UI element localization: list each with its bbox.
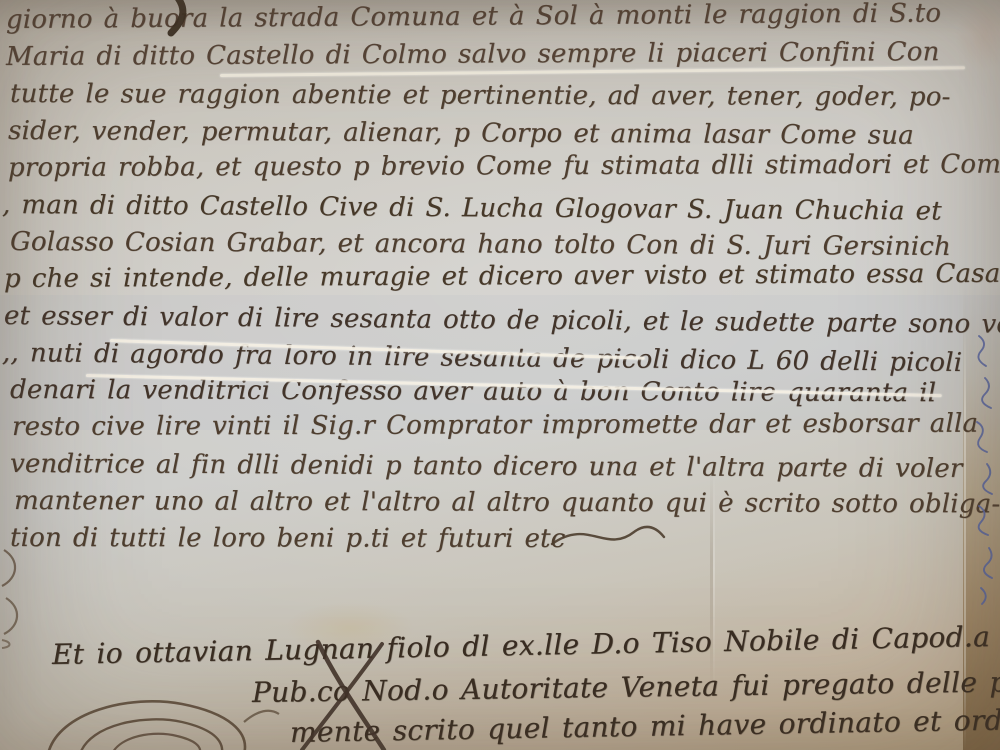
- ink-stroke-icon: [160, 0, 204, 36]
- manuscript-line: tion di tutti le loro beni p.ti et futur…: [10, 520, 1000, 559]
- manuscript-photo: giorno à buora la strada Comuna et à Sol…: [0, 0, 1000, 750]
- manuscript-line: resto cive lire vinti il Sig.r Comprator…: [12, 406, 1000, 446]
- margin-flourish-icon: [0, 548, 28, 648]
- flourish-swash-icon: [548, 514, 670, 562]
- blue-margin-script-icon: [965, 330, 1000, 620]
- manuscript-text-block: giorno à buora la strada Comuna et à Sol…: [0, 2, 1000, 557]
- x-strikethrough-icon: [280, 638, 415, 750]
- manuscript-line: venditrice al fin dlli denidi p tanto di…: [10, 446, 1000, 488]
- manuscript-line: mantener uno al altro et l'altro al altr…: [14, 483, 1000, 523]
- manuscript-line: p che si intende, delle muragie et dicer…: [4, 256, 1000, 298]
- notary-sign-icon: [40, 684, 280, 750]
- manuscript-line: tutte le sue raggion abentie et pertinen…: [10, 76, 1000, 116]
- notary-closing-line: Et io ottavian Lugnan fiolo dl ex.lle D.…: [52, 620, 991, 671]
- manuscript-line: giorno à buora la strada Comuna et à Sol…: [6, 0, 1000, 39]
- manuscript-line: propria robba, et questo p brevio Come f…: [8, 147, 1000, 187]
